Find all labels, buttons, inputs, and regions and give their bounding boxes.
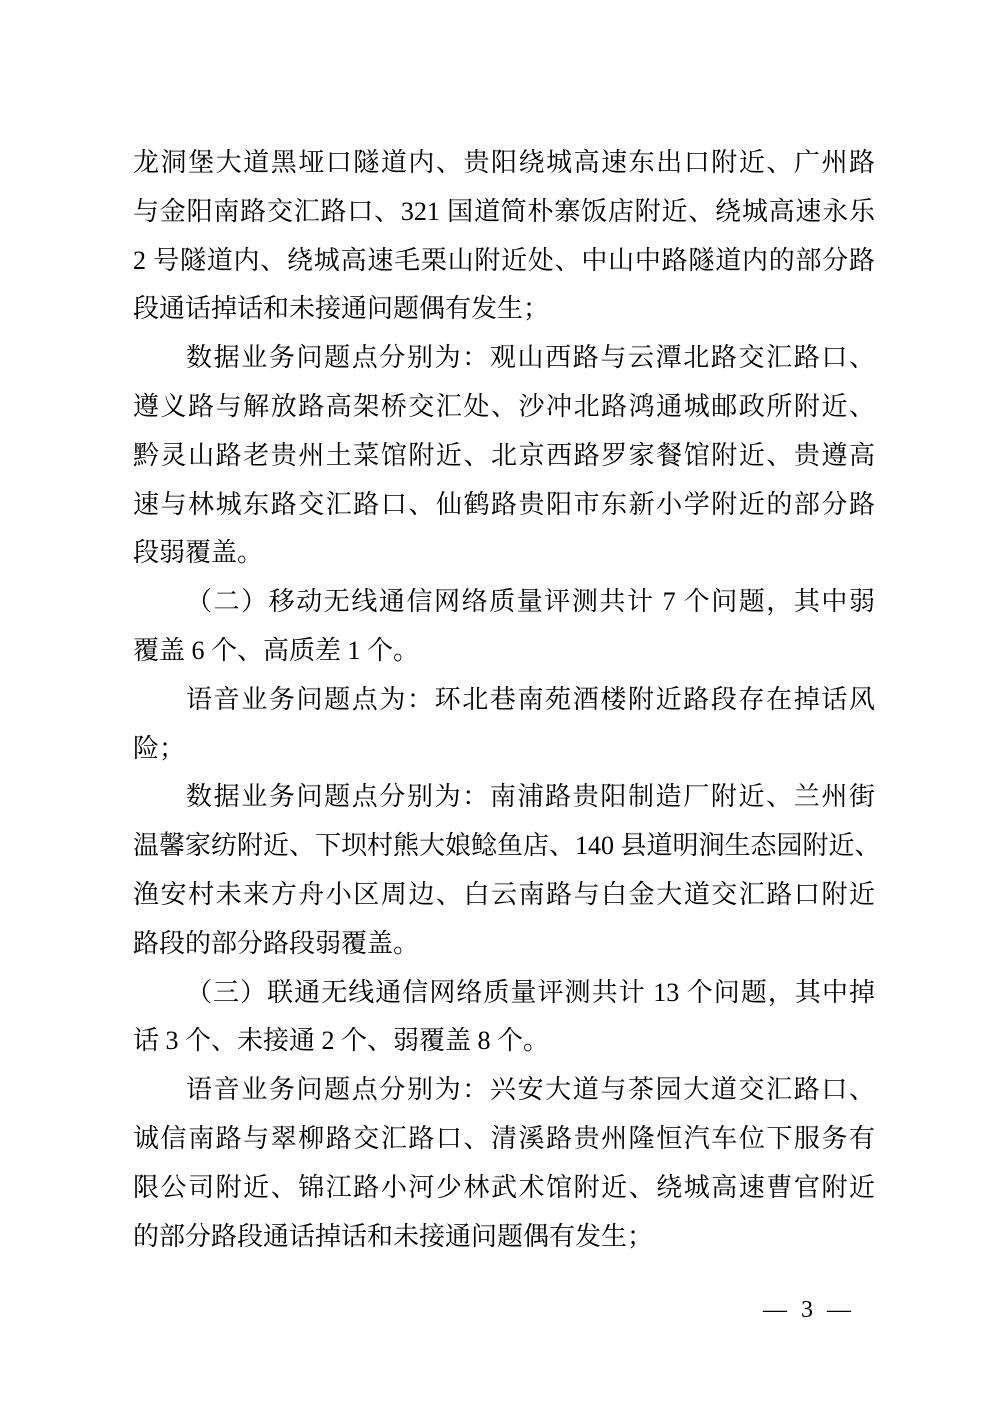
text-line: 限公司附近、锦江路小河少林武术馆附近、绕城高速曹官附近 — [133, 1164, 875, 1213]
paragraph: 语音业务问题点分别为：兴安大道与茶园大道交汇路口、诚信南路与翠柳路交汇路口、清溪… — [133, 1066, 875, 1261]
text-line: 与金阳南路交汇路口、321 国道简朴寨饭店附近、绕城高速永乐 — [133, 188, 875, 237]
text-line: 龙洞堡大道黑垭口隧道内、贵阳绕城高速东出口附近、广州路 — [133, 139, 875, 188]
text-line: 段通话掉话和未接通问题偶有发生； — [133, 285, 875, 334]
paragraph: （二）移动无线通信网络质量评测共计 7 个问题，其中弱覆盖 6 个、高质差 1 … — [133, 578, 875, 676]
text-line: （三）联通无线通信网络质量评测共计 13 个问题，其中掉 — [133, 969, 875, 1018]
text-line: 渔安村未来方舟小区周边、白云南路与白金大道交汇路口附近 — [133, 871, 875, 920]
paragraph: （三）联通无线通信网络质量评测共计 13 个问题，其中掉话 3 个、未接通 2 … — [133, 969, 875, 1067]
text-line: 诚信南路与翠柳路交汇路口、清溪路贵州隆恒汽车位下服务有 — [133, 1115, 875, 1164]
document-body: 龙洞堡大道黑垭口隧道内、贵阳绕城高速东出口附近、广州路与金阳南路交汇路口、321… — [133, 139, 875, 1261]
text-line: 速与林城东路交汇路口、仙鹤路贵阳市东新小学附近的部分路 — [133, 481, 875, 530]
document-page: 龙洞堡大道黑垭口隧道内、贵阳绕城高速东出口附近、广州路与金阳南路交汇路口、321… — [0, 0, 1000, 1414]
text-line: 话 3 个、未接通 2 个、弱覆盖 8 个。 — [133, 1017, 875, 1066]
paragraph: 数据业务问题点分别为：观山西路与云潭北路交汇路口、遵义路与解放路高架桥交汇处、沙… — [133, 334, 875, 578]
paragraph: 语音业务问题点为：环北巷南苑酒楼附近路段存在掉话风险； — [133, 676, 875, 774]
text-line: 路段的部分路段弱覆盖。 — [133, 920, 875, 969]
text-line: 2 号隧道内、绕城高速毛栗山附近处、中山中路隧道内的部分路 — [133, 237, 875, 286]
page-number: — 3 — — [763, 1297, 855, 1324]
text-line: 温馨家纺附近、下坝村熊大娘鲶鱼店、140 县道明涧生态园附近、 — [133, 822, 875, 871]
text-line: 数据业务问题点分别为：南浦路贵阳制造厂附近、兰州街 — [133, 773, 875, 822]
text-line: 的部分路段通话掉话和未接通问题偶有发生； — [133, 1213, 875, 1262]
paragraph: 龙洞堡大道黑垭口隧道内、贵阳绕城高速东出口附近、广州路与金阳南路交汇路口、321… — [133, 139, 875, 334]
text-line: 数据业务问题点分别为：观山西路与云潭北路交汇路口、 — [133, 334, 875, 383]
text-line: 遵义路与解放路高架桥交汇处、沙冲北路鸿通城邮政所附近、 — [133, 383, 875, 432]
text-line: 险； — [133, 725, 875, 774]
text-line: 语音业务问题点为：环北巷南苑酒楼附近路段存在掉话风 — [133, 676, 875, 725]
text-line: 覆盖 6 个、高质差 1 个。 — [133, 627, 875, 676]
text-line: 语音业务问题点分别为：兴安大道与茶园大道交汇路口、 — [133, 1066, 875, 1115]
paragraph: 数据业务问题点分别为：南浦路贵阳制造厂附近、兰州街温馨家纺附近、下坝村熊大娘鲶鱼… — [133, 773, 875, 968]
text-line: 黔灵山路老贵州土菜馆附近、北京西路罗家餐馆附近、贵遵高 — [133, 432, 875, 481]
text-line: （二）移动无线通信网络质量评测共计 7 个问题，其中弱 — [133, 578, 875, 627]
text-line: 段弱覆盖。 — [133, 529, 875, 578]
